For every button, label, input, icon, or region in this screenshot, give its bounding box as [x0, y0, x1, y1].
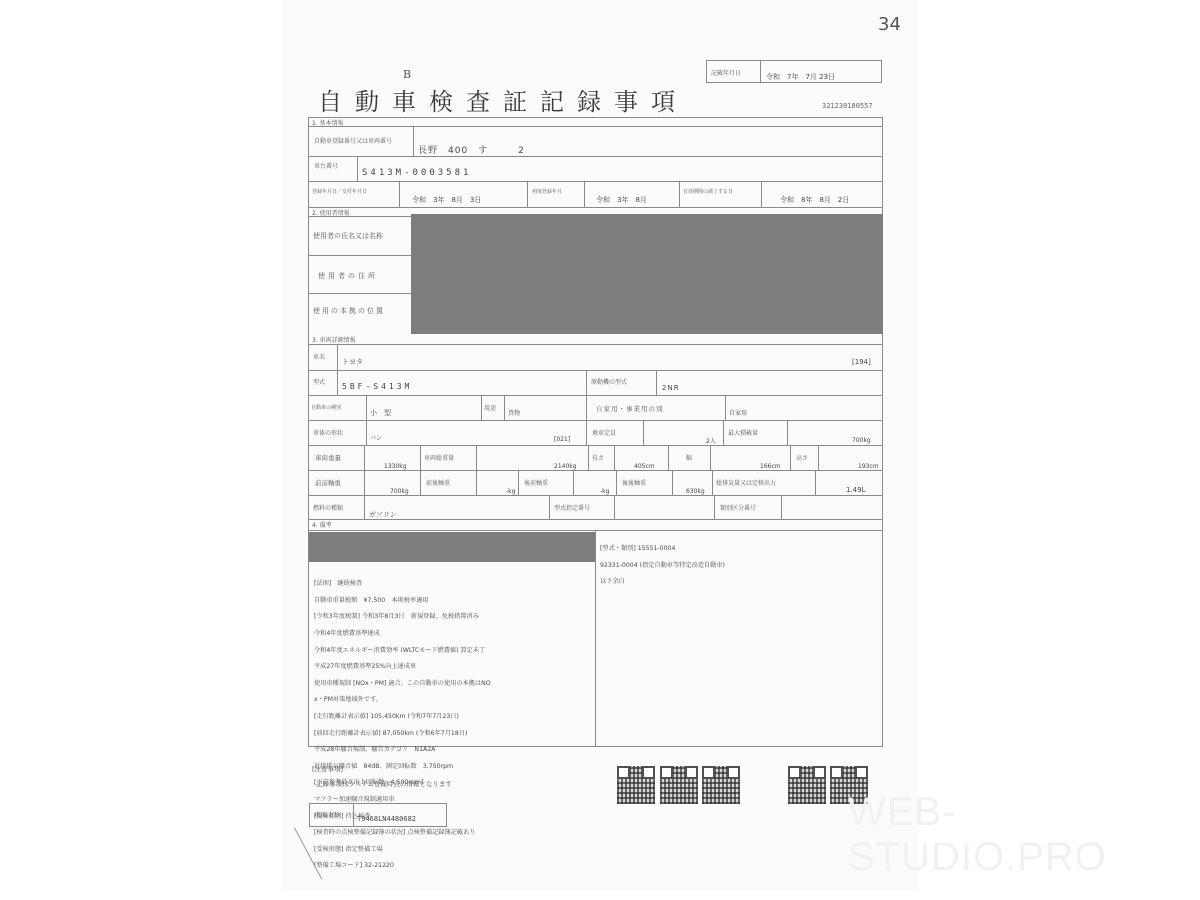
width-value: 166cm: [760, 463, 781, 470]
length-label: 長さ: [592, 453, 604, 462]
make-code: [194]: [852, 358, 871, 366]
left-note: [前回走行距離計表示値] 87,050km (令和6年7月18日): [314, 730, 491, 738]
left-note: [検査時の点検整備記録簿の状況] 点検整備記録簿記載あり: [314, 829, 491, 837]
right-notes: [型式・類別] 15551-0004 92331-0004 (指定自動車等特定改…: [600, 537, 725, 595]
left-note: [走行距離計表示値] 105,450km (令和7年7月23日): [314, 713, 491, 721]
user-address-label: 使用者の住所: [318, 271, 378, 281]
left-note: [整備工場コード] 32-21220: [314, 862, 491, 870]
fr-axle-value: -kg: [506, 488, 515, 495]
chassis-label: 車台番号: [314, 161, 338, 170]
issue-date-label: 記載年月日: [711, 68, 741, 77]
left-note: [令和3年度税制] 令和3年8月3日 新規登録、免税措置済み: [314, 613, 491, 621]
gross-label: 車両総重量: [424, 453, 454, 462]
fuel-label: 燃料の種類: [313, 503, 343, 512]
right-note: 92331-0004 (指定自動車等特定改造自動車): [600, 562, 725, 570]
weight-value: 1330kg: [384, 463, 407, 470]
qr-code-1: [617, 766, 655, 804]
make-value: トヨタ: [342, 357, 363, 367]
redacted-user-info: [411, 214, 883, 334]
notice-text: 記録事項はシステム登録時点の情報となります: [316, 779, 452, 788]
ff-axle-value: 700kg: [390, 488, 409, 495]
type-designation-label: 型式指定番号: [554, 503, 590, 512]
weight-label: 車両重量: [315, 453, 341, 462]
rf-axle-label: 後前軸重: [524, 478, 548, 487]
private-value: 自家用: [729, 408, 747, 417]
first-reg-label: 登録年月日／交付年月日: [312, 188, 367, 195]
body-code: [021]: [554, 436, 570, 443]
left-note: 令和4年度エネルギー消費効率 (WLTCモード燃費値) 算定未了: [314, 647, 491, 655]
rr-axle-value: 630kg: [686, 488, 705, 495]
displacement-value: 1.49L: [846, 486, 866, 494]
base-location-label: 使用の本拠の位置: [313, 306, 385, 316]
expiry-label: 有効期間の満了する日: [683, 188, 733, 195]
serial-number: 321230180557: [822, 102, 873, 110]
class-label: 自動車の種別: [311, 404, 341, 411]
left-note: x・PM対策地域外です。: [314, 696, 491, 704]
section4-heading: 4. 備考: [312, 520, 332, 529]
class-value: 小 型: [370, 408, 391, 418]
left-note: [受検形態] 指定整備工場: [314, 846, 491, 854]
rr-axle-label: 後後軸重: [622, 478, 646, 487]
left-notes: [法則] 継続検査 自動車重量税額 ¥7,500 本則税率適用 [令和3年度税制…: [314, 572, 491, 879]
rf-axle-value: -kg: [600, 488, 609, 495]
model-value: 5BF-S413M: [342, 382, 412, 391]
qr-code-2: [660, 766, 698, 804]
page-mark: 34: [878, 14, 901, 35]
use-label: 用途: [484, 403, 496, 412]
body-label: 車体の形状: [313, 428, 343, 437]
notice-heading: [注意事項]: [312, 764, 343, 773]
class-letter: B: [403, 68, 411, 81]
issue-date-value: 令和 7年 7月 23日: [766, 72, 835, 82]
gross-value: 2140kg: [554, 463, 577, 470]
left-note: 令和4年度燃費基準達成: [314, 630, 491, 638]
length-value: 405cm: [634, 463, 655, 470]
max-load-value: 700kg: [852, 437, 871, 444]
use-value: 貨物: [508, 408, 520, 417]
make-label: 車名: [313, 352, 325, 361]
redacted-remarks: [309, 532, 595, 562]
displacement-label: 総排気量又は定格出力: [716, 478, 776, 487]
chassis-value: S413M-0003581: [362, 168, 471, 178]
qr-code-4: [788, 766, 826, 804]
qr-code-3: [702, 766, 740, 804]
left-note: [法則] 継続検査: [314, 580, 491, 588]
engine-label: 原動機の型式: [591, 377, 627, 386]
first-reg-value: 令和 3年 8月 3日: [412, 195, 481, 205]
engine-value: 2NR: [662, 384, 680, 392]
vehicle-id-label: 車両ＩＤ: [314, 810, 340, 819]
height-label: 高さ: [796, 453, 808, 462]
initial-reg-value: 令和 3年 8月: [596, 195, 647, 205]
right-note: [型式・類別] 15551-0004: [600, 545, 725, 553]
model-label: 型式: [313, 377, 325, 386]
expiry-value: 令和 8年 8月 2日: [780, 195, 849, 205]
page-title: 自動車検査証記録事項: [318, 82, 688, 117]
registration-value: 長野 400 す 2: [418, 143, 525, 156]
capacity-label: 乗車定員: [592, 428, 616, 437]
width-label: 幅: [686, 453, 692, 462]
height-value: 193cm: [858, 463, 879, 470]
left-note: 平成27年度燃費基準25%向上達成車: [314, 663, 491, 671]
vehicle-id-value: T9468LN4480682: [357, 815, 416, 823]
ff-axle-label: 前前軸重: [315, 478, 341, 487]
section3-heading: 3. 車両詳細情報: [312, 335, 356, 344]
capacity-value: 2人: [706, 436, 716, 445]
initial-reg-label: 初度登録年月: [532, 188, 562, 195]
fr-axle-label: 前後軸重: [426, 478, 450, 487]
registration-label: 自動車登録番号又は車両番号: [314, 136, 392, 145]
category-label: 類別区分番号: [720, 503, 756, 512]
left-note: 使用車種規制 [NOx・PM] 適合。この自動車の使用の本拠はNO: [314, 680, 491, 688]
body-value: バン: [370, 433, 382, 442]
user-name-label: 使用者の氏名又は名称: [313, 231, 383, 241]
left-note: 平成28年騒音規制、騒音カテゴリ N1A2A: [314, 746, 491, 754]
left-note: 自動車重量税額 ¥7,500 本則税率適用: [314, 597, 491, 605]
max-load-label: 最大積載量: [728, 428, 758, 437]
private-label: 自家用・事業用の別: [596, 404, 664, 413]
watermark: WEB-STUDIO.PRO: [848, 790, 1200, 880]
right-note: 以下余白: [600, 578, 725, 586]
